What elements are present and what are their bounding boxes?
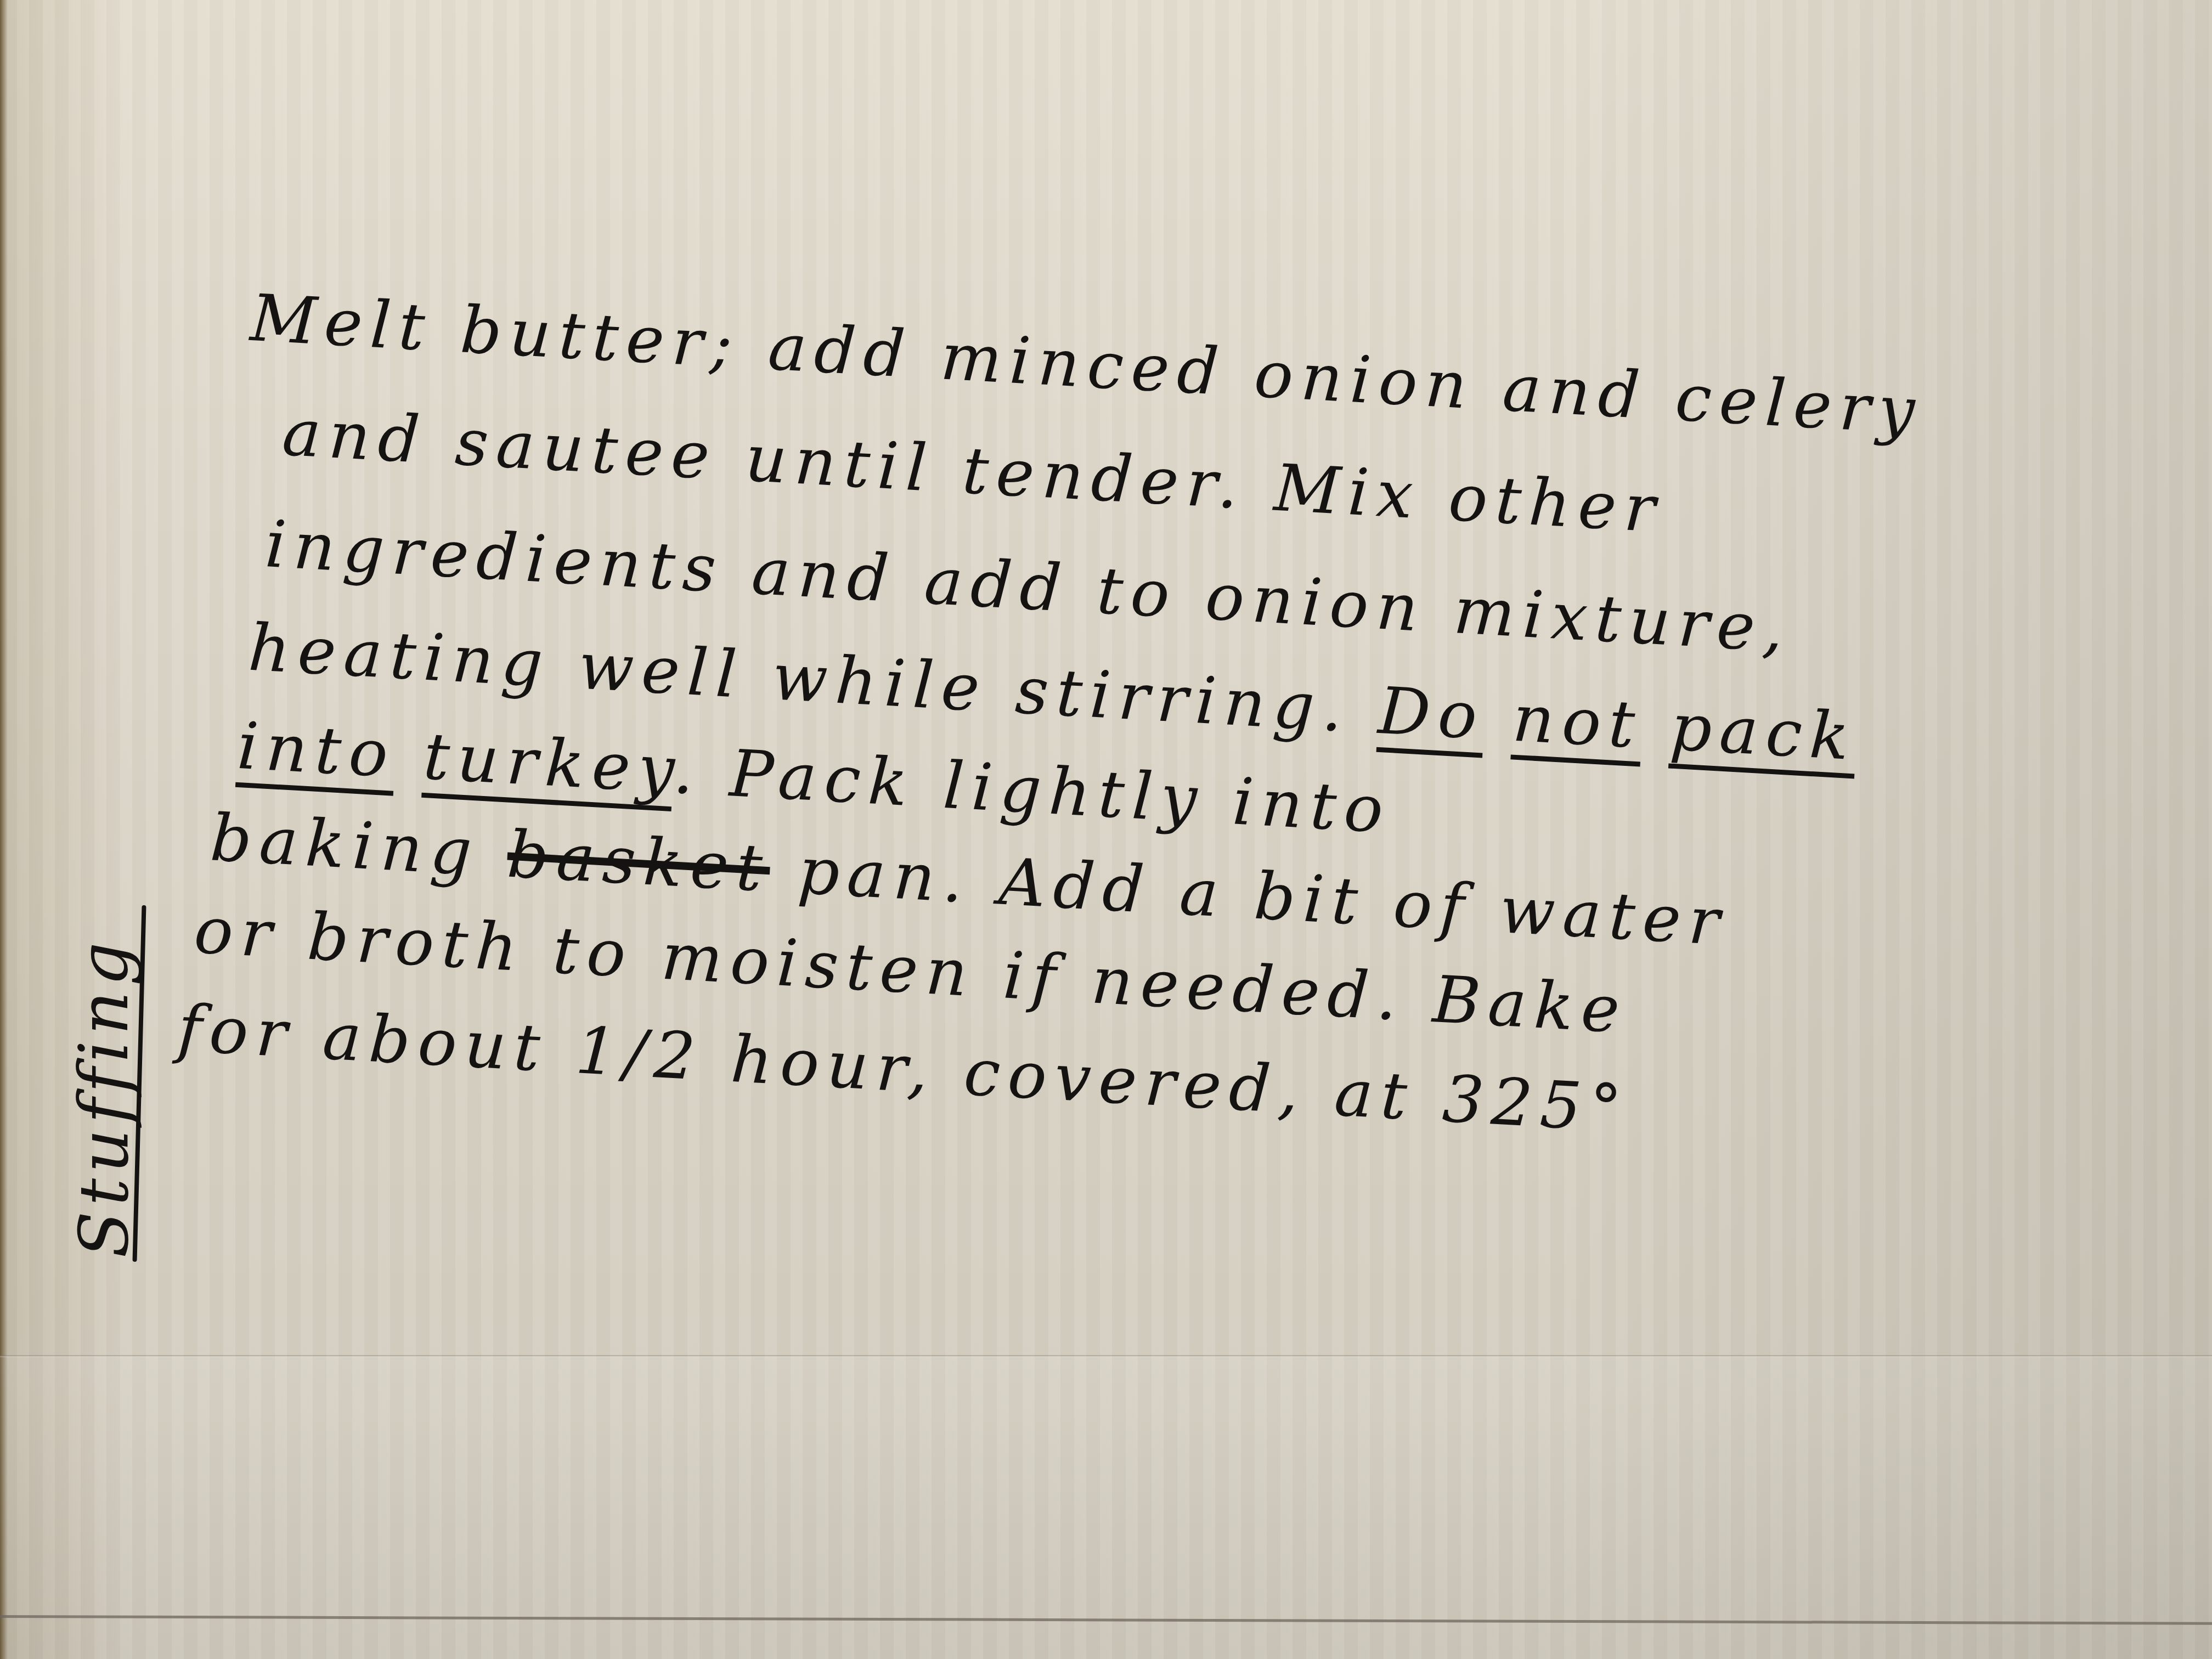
photo-of-recipe-sheet: Melt butter; add minced onion and celery… xyxy=(0,0,2212,1659)
recipe-title-text: Stuffing xyxy=(65,936,144,1257)
crossed-out-word: basket xyxy=(505,816,772,907)
recipe-line-5-rest: . Pack lightly into xyxy=(672,732,1393,848)
recipe-body: Melt butter; add minced onion and celery… xyxy=(252,285,2115,390)
paper-lower-panel xyxy=(0,1357,2212,1659)
recipe-title: Stuffing xyxy=(22,900,187,1295)
emphasis-into: into xyxy=(235,708,397,792)
recipe-line-6-lead: baking xyxy=(208,799,510,891)
emphasis-do: Do xyxy=(1376,673,1487,754)
emphasis-not: not xyxy=(1511,680,1645,763)
emphasis-pack: pack xyxy=(1668,689,1859,775)
emphasis-turkey: turkey xyxy=(421,718,675,808)
